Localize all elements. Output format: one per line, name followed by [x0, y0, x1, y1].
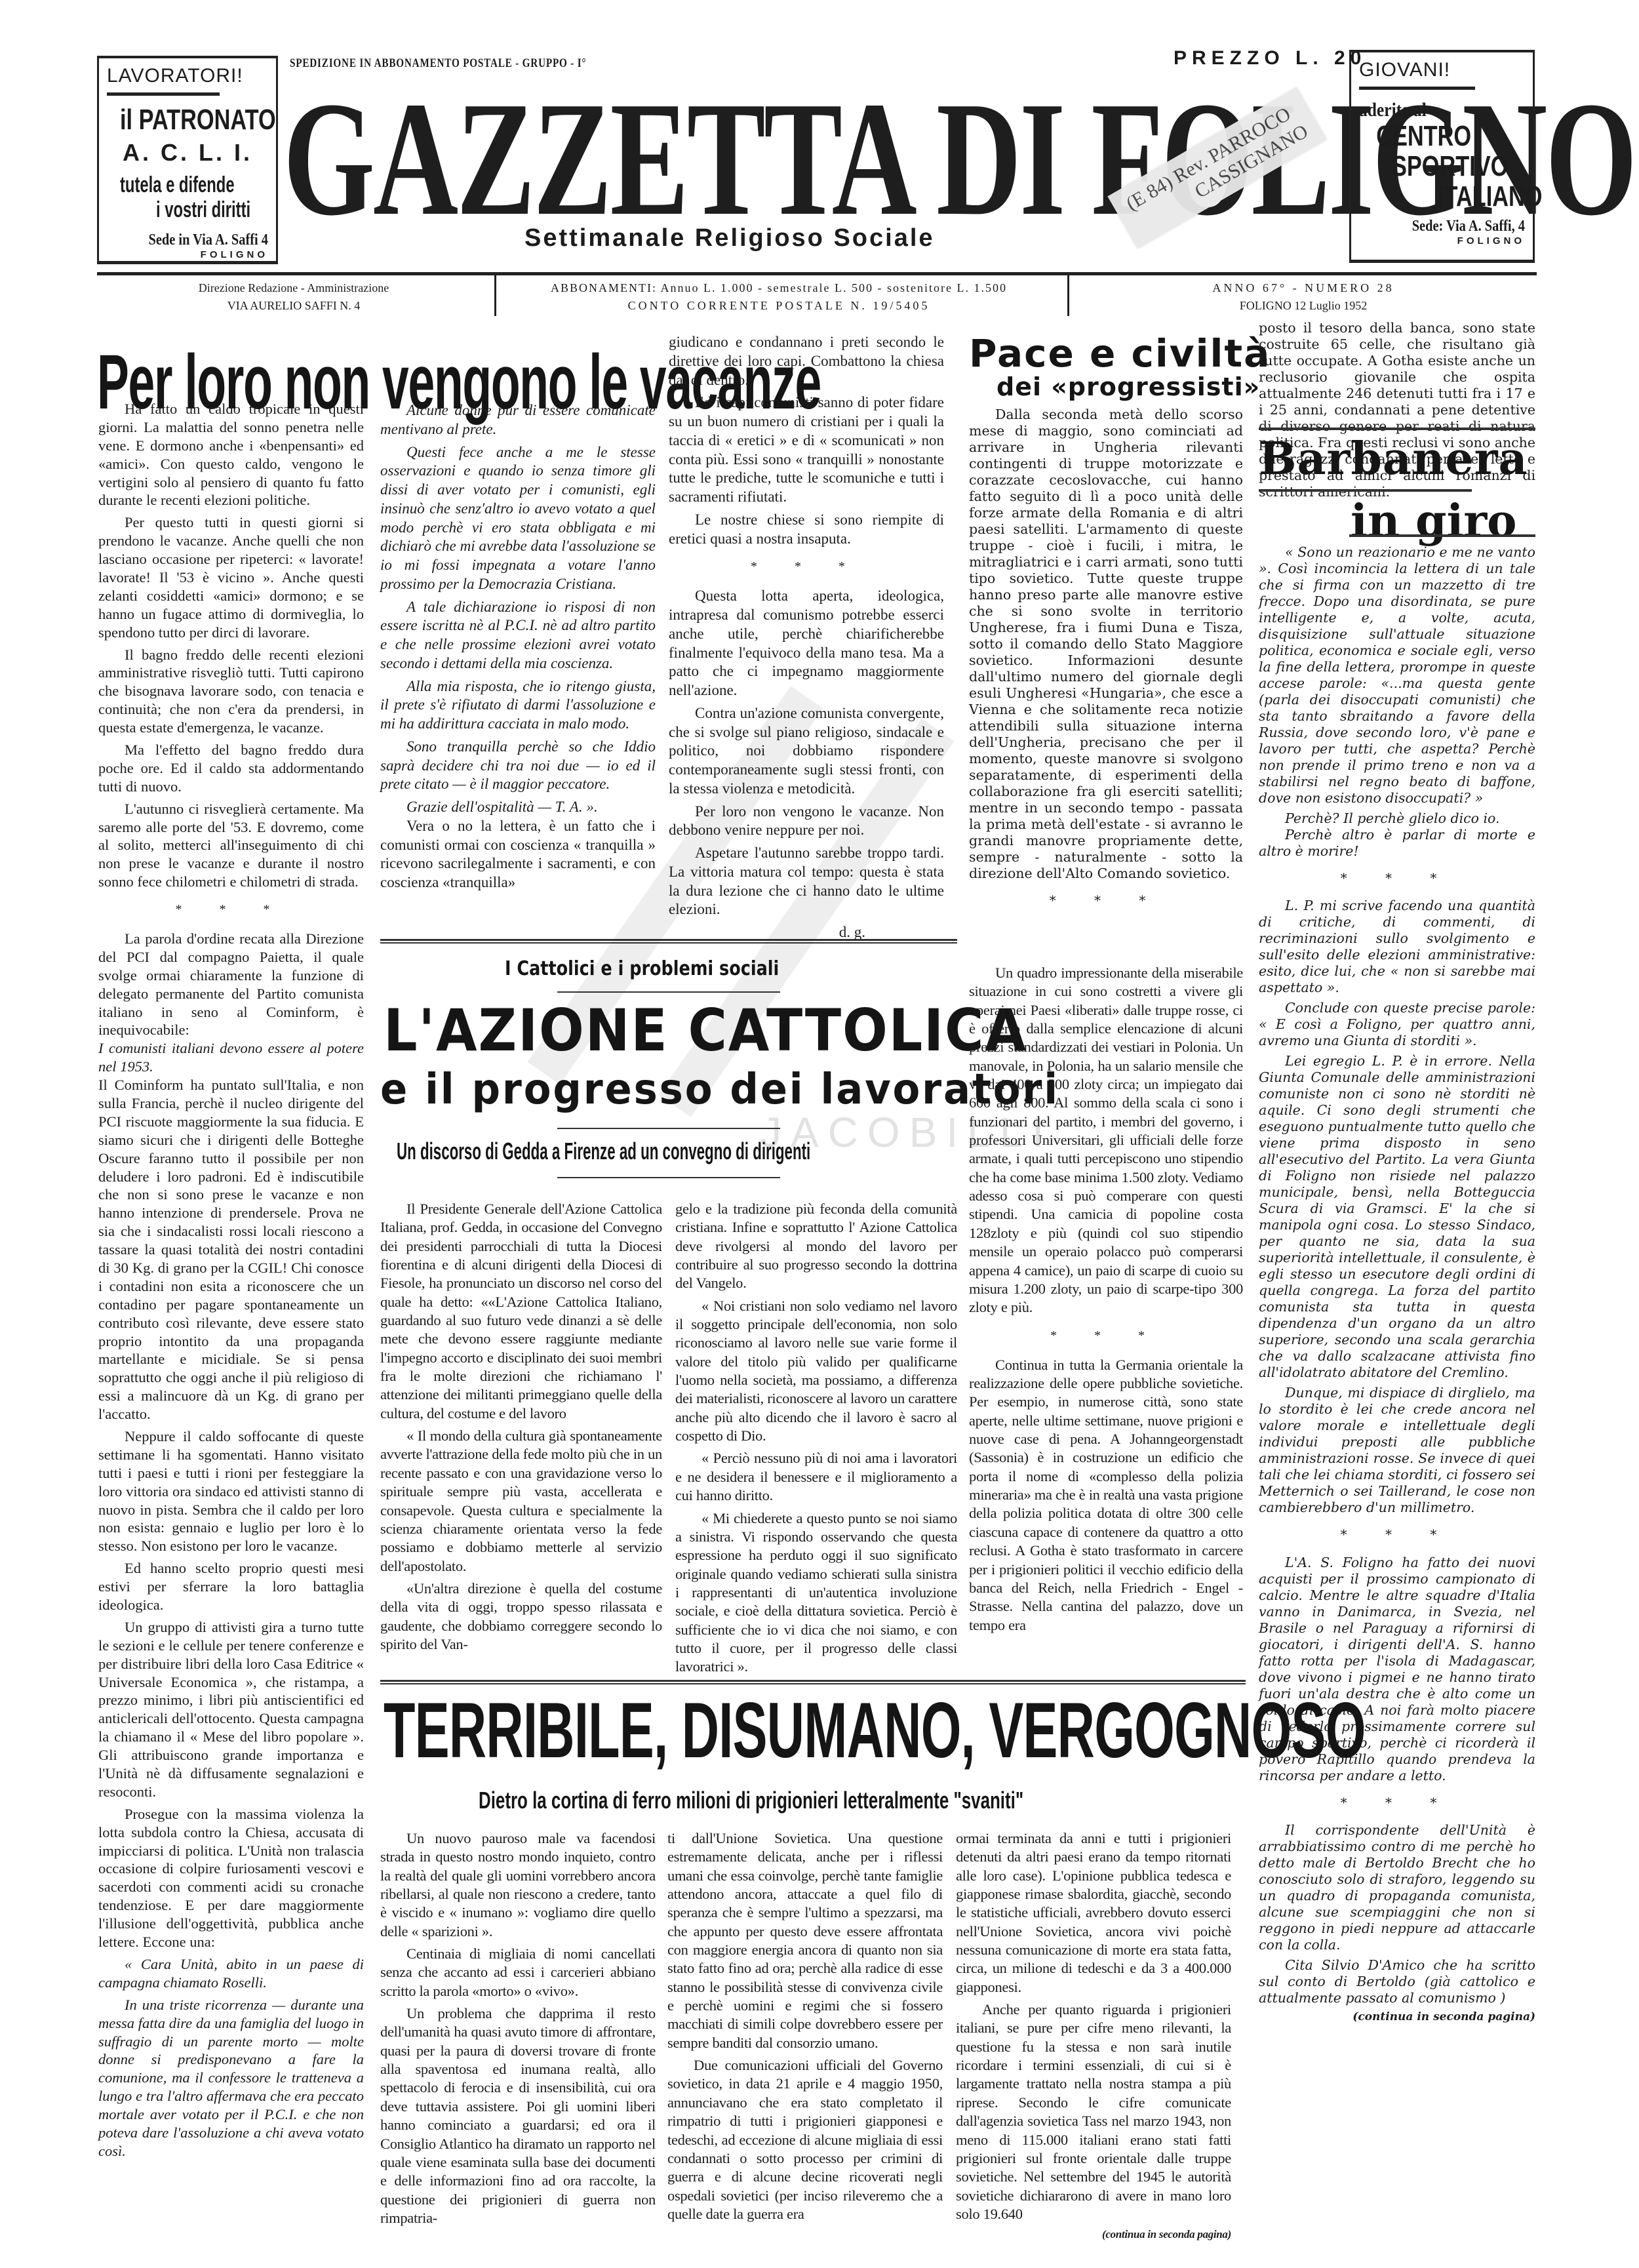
- paragraph: Aspetare l'autunno sarebbe troppo tardi.…: [669, 844, 944, 919]
- article-azione-col2: gelo e la tradizione più feconda della c…: [675, 1200, 957, 1681]
- section-break: * * *: [98, 902, 364, 918]
- section-divider: [380, 1680, 1246, 1684]
- paragraph: Centinaia di migliaia di nomi cancellati…: [380, 1945, 656, 2000]
- paragraph: Il Cominform ha puntato sull'Italia, e n…: [98, 1076, 364, 1423]
- article-vacanze-col1: Ha fatto un caldo tropicale in questi gi…: [98, 400, 364, 2164]
- paragraph: Per questo tutti in questi giorni si pre…: [98, 513, 364, 641]
- csi-ad-line3: SPORTIVO: [1392, 151, 1495, 182]
- paragraph: Un quadro impressionante della miserabil…: [969, 964, 1243, 1317]
- headline-progressisti: dei «progressisti»: [997, 372, 1260, 401]
- paragraph: Questa lotta aperta, ideologica, intrapr…: [669, 587, 944, 700]
- paragraph: Perchè? Il perchè glielo dico io.: [1259, 810, 1535, 827]
- divider: [1259, 489, 1472, 492]
- section-break: * * *: [1259, 1526, 1535, 1542]
- csi-ad-line1: aderite al: [1359, 99, 1500, 121]
- csi-ad-city: FOLIGNO: [1359, 235, 1525, 247]
- section-break: * * *: [1259, 870, 1535, 886]
- article-pace-col1b: Un quadro impressionante della miserabil…: [969, 964, 1243, 1639]
- divider: [557, 1177, 780, 1178]
- paragraph: « Sono un reazionario e me ne vanto ». C…: [1259, 544, 1535, 806]
- issue-number: ANNO 67° - NUMERO 28: [1074, 279, 1533, 297]
- paragraph: Il bagno freddo delle recenti elezioni a…: [98, 646, 364, 737]
- paragraph: Anche per quanto riguarda i prigionieri …: [956, 2000, 1231, 2223]
- paragraph: L'autunno ci risveglierà certamente. Ma …: [98, 800, 364, 891]
- divider: [1359, 87, 1475, 90]
- paragraph: Dalla seconda metà dello scorso mese di …: [969, 407, 1243, 882]
- paragraph: Conclude con queste precise parole: « E …: [1259, 1000, 1535, 1049]
- paragraph-quote: I comunisti italiani devono essere al po…: [98, 1039, 364, 1076]
- newspaper-subtitle: Settimanale Religioso Sociale: [524, 224, 935, 252]
- letter-paragraph: Sono tranquilla perchè so che Iddio sapr…: [380, 738, 656, 794]
- section-break: * * *: [969, 892, 1243, 908]
- paragraph: Dunque, mi dispiace di dirglielo, ma lo …: [1259, 1385, 1535, 1516]
- letter-paragraph: Questi fece anche a me le stesse osserva…: [380, 443, 656, 594]
- deck-cortina-di-ferro: Dietro la cortina di ferro milioni di pr…: [479, 1787, 1023, 1814]
- paragraph: Perchè altro è parlar di morte e altro è…: [1259, 827, 1535, 860]
- csi-ad-heading: GIOVANI!: [1359, 59, 1525, 81]
- subscription-rates: ABBONAMENTI: Annuo L. 1.000 - semestrale…: [497, 279, 1061, 297]
- paragraph: « Mi chiederete a questo punto se noi si…: [675, 1509, 957, 1677]
- deck-gedda: Un discorso di Gedda a Firenze ad un con…: [397, 1138, 810, 1165]
- continued-note: (continua in seconda pagina): [956, 2227, 1231, 2241]
- acli-ad-address: Sede in Via A. Saffi 4: [131, 231, 268, 249]
- paragraph: Cita Silvio D'Amico che ha scritto sul c…: [1259, 1957, 1535, 2006]
- issue-date: FOLIGNO 12 Luglio 1952: [1074, 297, 1533, 315]
- price-label: PREZZO L. 20: [1174, 47, 1366, 70]
- acli-ad-line1: il PATRONATO: [120, 105, 235, 135]
- headline-in-giro: in giro: [1351, 495, 1517, 547]
- paragraph: Contra un'azione comunista convergente, …: [669, 704, 944, 799]
- acli-ad-box: LAVORATORI! il PATRONATO A. C. L. I. tut…: [97, 56, 278, 264]
- paragraph: Ha fatto un caldo tropicale in questi gi…: [98, 400, 364, 509]
- letter-paragraph: In una triste ricorrenza — durante una m…: [98, 1996, 364, 2160]
- letter-signoff: Grazie dell'ospitalità — T. A. ».: [380, 798, 656, 817]
- letter-paragraph: « Cara Unità, abito in un paese di campa…: [98, 1955, 364, 1992]
- editorial-office-line1: Direzione Redazione - Amministrazione: [97, 279, 490, 297]
- continued-note: (continua in seconda pagina): [1259, 2010, 1535, 2024]
- csi-ad-line4: ITALIANO: [1438, 182, 1506, 212]
- acli-ad-line4: i vostri diritti: [156, 198, 235, 222]
- kicker-cattolici: I Cattolici e i problemi sociali: [505, 957, 779, 980]
- paragraph: Ed i capi comunisti sanno di poter fidar…: [669, 393, 944, 507]
- acli-ad-line3: tutela e difende: [120, 173, 224, 197]
- acli-ad-heading: LAVORATORI!: [107, 65, 268, 87]
- paragraph: «Un'altra direzione è quella del costume…: [380, 1580, 662, 1654]
- acli-ad-line2: A. C. L. I.: [107, 139, 268, 167]
- headline-pace-civilta: Pace e civiltà: [969, 331, 1271, 376]
- subscription-info: ABBONAMENTI: Annuo L. 1.000 - semestrale…: [497, 279, 1061, 315]
- paragraph: ormai terminata da anni e tutti i prigio…: [956, 1829, 1231, 1997]
- info-bar: Direzione Redazione - Amministrazione VI…: [97, 272, 1537, 311]
- paragraph: Neppure il caldo soffocante di queste se…: [98, 1427, 364, 1555]
- divider: [107, 92, 220, 96]
- paragraph: « Noi cristiani non solo vediamo nel lav…: [675, 1297, 957, 1446]
- paragraph: Il Presidente Generale dell'Azione Catto…: [380, 1200, 662, 1423]
- csi-ad-address: Sede: Via A. Saffi, 4: [1384, 218, 1525, 235]
- paragraph: Le nostre chiese si sono riempite di ere…: [669, 511, 944, 549]
- letter-paragraph: Alla mia risposta, che io ritengo giusta…: [380, 677, 656, 734]
- article-barbanera-body: « Sono un reazionario e me ne vanto ». C…: [1259, 544, 1535, 2024]
- postal-account: CONTO CORRENTE POSTALE N. 19/5405: [497, 297, 1061, 315]
- article-vacanze-col2: Alcune donne pur di essere comunicate me…: [380, 401, 656, 896]
- article-terribile-col3: ormai terminata da anni e tutti i prigio…: [956, 1829, 1231, 2242]
- letter-paragraph: A tale dichiarazione io risposi di non e…: [380, 598, 656, 673]
- section-divider: [1259, 428, 1535, 430]
- paragraph: Vera o no la lettera, è un fatto che i c…: [380, 817, 656, 892]
- paragraph: Un problema che dapprima il resto dell'u…: [380, 2004, 656, 2227]
- divider: [1349, 534, 1535, 537]
- divider: [494, 275, 496, 316]
- paragraph: Lei egregio L. P. è in errore. Nella Giu…: [1259, 1053, 1535, 1381]
- headline-barbanera: Barbanera: [1259, 433, 1528, 485]
- article-terribile-col2: ti dall'Unione Sovietica. Una questione …: [667, 1829, 943, 2227]
- headline-progresso-lavoratori: e il progresso dei lavoratori: [380, 1065, 1059, 1114]
- paragraph: L. P. mi scrive facendo una quantità di …: [1259, 898, 1535, 996]
- paragraph: ti dall'Unione Sovietica. Una questione …: [667, 1829, 943, 2052]
- divider: [1067, 275, 1069, 316]
- article-azione-col1: Il Presidente Generale dell'Azione Catto…: [380, 1200, 662, 1658]
- article-pace-col1: Dalla seconda metà dello scorso mese di …: [969, 407, 1243, 920]
- article-vacanze-col3: giudicano e condannano i preti secondo l…: [669, 333, 944, 942]
- paragraph: Ma l'effetto del bagno freddo dura poche…: [98, 741, 364, 796]
- acli-ad-city: FOLIGNO: [107, 249, 268, 260]
- paragraph: « Il mondo della cultura già spontaneame…: [380, 1427, 662, 1576]
- csi-ad-line2: CENTRO: [1359, 121, 1488, 151]
- paragraph: Il corrispondente dell'Unità è arrabbiat…: [1259, 1822, 1535, 1953]
- paragraph: gelo e la tradizione più feconda della c…: [675, 1200, 957, 1293]
- divider: [557, 991, 780, 993]
- article-terribile-col1: Un nuovo pauroso male va facendosi strad…: [380, 1829, 656, 2231]
- issue-info: ANNO 67° - NUMERO 28 FOLIGNO 12 Luglio 1…: [1074, 279, 1533, 315]
- divider: [557, 1128, 780, 1129]
- csi-ad-box: GIOVANI! aderite al CENTRO SPORTIVO ITAL…: [1349, 50, 1535, 263]
- paragraph: Due comunicazioni ufficiali del Governo …: [667, 2056, 943, 2223]
- paragraph: Un gruppo di attivisti gira a turno tutt…: [98, 1618, 364, 1801]
- editorial-office-address: VIA AURELIO SAFFI N. 4: [97, 297, 490, 315]
- paragraph: Continua in tutta la Germania orientale …: [969, 1356, 1243, 1635]
- paragraph: « Perciò nessuno più di noi ama i lavora…: [675, 1449, 957, 1505]
- paragraph: La parola d'ordine recata alla Direzione…: [98, 930, 364, 1039]
- paragraph: giudicano e condannano i preti secondo l…: [669, 333, 944, 389]
- section-divider: [380, 939, 957, 944]
- paragraph: Prosegue con la massima violenza la lott…: [98, 1805, 364, 1951]
- letter-paragraph: Alcune donne pur di essere comunicate me…: [380, 401, 656, 439]
- editorial-office: Direzione Redazione - Amministrazione VI…: [97, 279, 490, 315]
- paragraph: Ed hanno scelto proprio questi mesi esti…: [98, 1559, 364, 1614]
- paragraph: Per loro non vengono le vacanze. Non deb…: [669, 803, 944, 841]
- headline-azione-cattolica: L'AZIONE CATTOLICA: [384, 997, 1027, 1064]
- section-break: * * *: [1259, 1795, 1535, 1810]
- paragraph: Un nuovo pauroso male va facendosi strad…: [380, 1829, 656, 1941]
- section-break: * * *: [969, 1328, 1243, 1344]
- section-break: * * *: [669, 559, 944, 575]
- headline-terribile: TERRIBILE, DISUMANO, VERGOGNOSO: [384, 1685, 1366, 1776]
